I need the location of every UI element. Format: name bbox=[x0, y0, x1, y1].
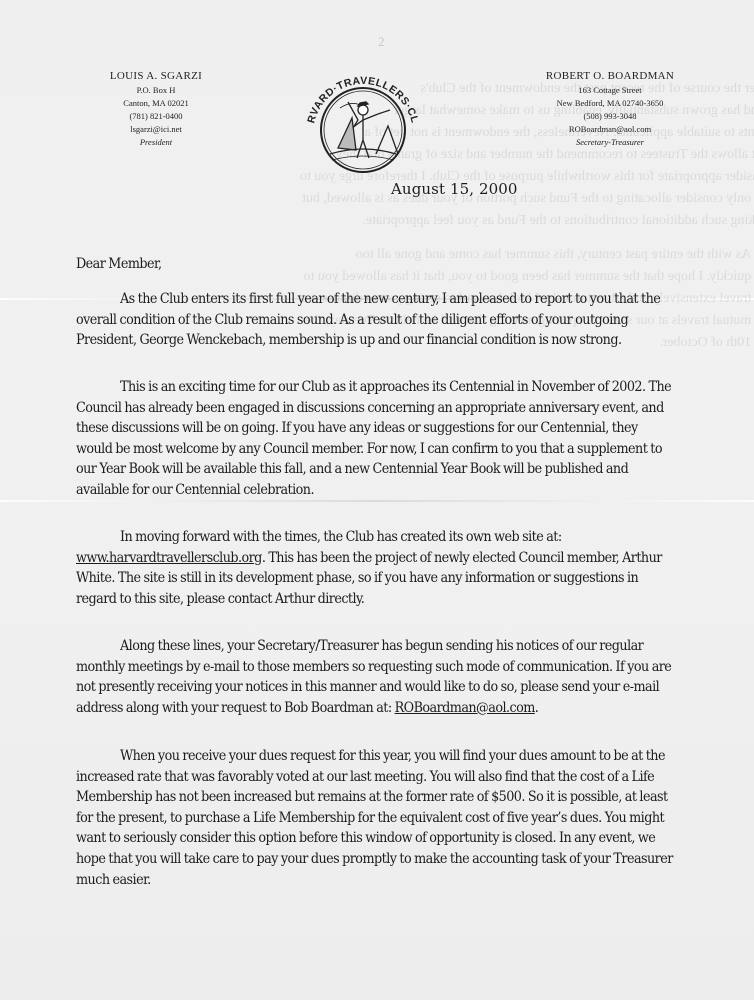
page-number-bleed: 2 bbox=[378, 34, 385, 50]
traveller-figure-icon bbox=[330, 102, 398, 160]
email-link[interactable]: ROBoardman@aol.com bbox=[395, 700, 535, 716]
secretary-address-line1: 163 Cottage Street bbox=[530, 84, 690, 97]
president-address-line1: P.O. Box H bbox=[96, 84, 216, 97]
secretary-name: ROBERT O. BOARDMAN bbox=[530, 70, 690, 82]
paragraph-website: In moving forward with the times, the Cl… bbox=[76, 527, 676, 609]
president-contact-block: LOUIS A. SGARZI P.O. Box H Canton, MA 02… bbox=[96, 70, 216, 149]
club-seal-logo: HARVARD·TRAVELLERS·CLUB bbox=[300, 58, 426, 184]
secretary-phone: (508) 993-3048 bbox=[530, 110, 690, 123]
salutation: Dear Member, bbox=[76, 254, 676, 275]
paragraph-text: . bbox=[535, 700, 539, 716]
secretary-email: ROBoardman@aol.com bbox=[530, 123, 690, 136]
president-address-line2: Canton, MA 02021 bbox=[96, 97, 216, 110]
secretary-address-line2: New Bedford, MA 02740-3650 bbox=[530, 97, 690, 110]
president-name: LOUIS A. SGARZI bbox=[96, 70, 216, 82]
paragraph-dues: When you receive your dues request for t… bbox=[76, 746, 676, 890]
bleed-line: not only consider allocating to the Fund… bbox=[300, 188, 754, 210]
secretary-contact-block: ROBERT O. BOARDMAN 163 Cottage Street Ne… bbox=[530, 70, 690, 149]
paragraph-email-notices: Along these lines, your Secretary/Treasu… bbox=[76, 636, 676, 718]
president-phone: (781) 821-0400 bbox=[96, 110, 216, 123]
president-email: lsgarzi@ici.net bbox=[96, 123, 216, 136]
president-role: President bbox=[96, 136, 216, 149]
paragraph-centennial: This is an exciting time for our Club as… bbox=[76, 377, 676, 501]
letter-page: Over the course of the recent past the e… bbox=[0, 0, 754, 1000]
secretary-role: Secretary-Treasurer bbox=[530, 136, 690, 149]
bleed-line: making such additional contributions to … bbox=[300, 210, 754, 232]
letter-date: August 15, 2000 bbox=[391, 180, 518, 198]
paragraph-club-condition: As the Club enters its first full year o… bbox=[76, 289, 676, 351]
paragraph-text: Along these lines, your Secretary/Treasu… bbox=[76, 638, 671, 716]
paragraph-text: In moving forward with the times, the Cl… bbox=[120, 529, 562, 545]
website-link[interactable]: www.harvardtravellersclub.org bbox=[76, 550, 262, 566]
